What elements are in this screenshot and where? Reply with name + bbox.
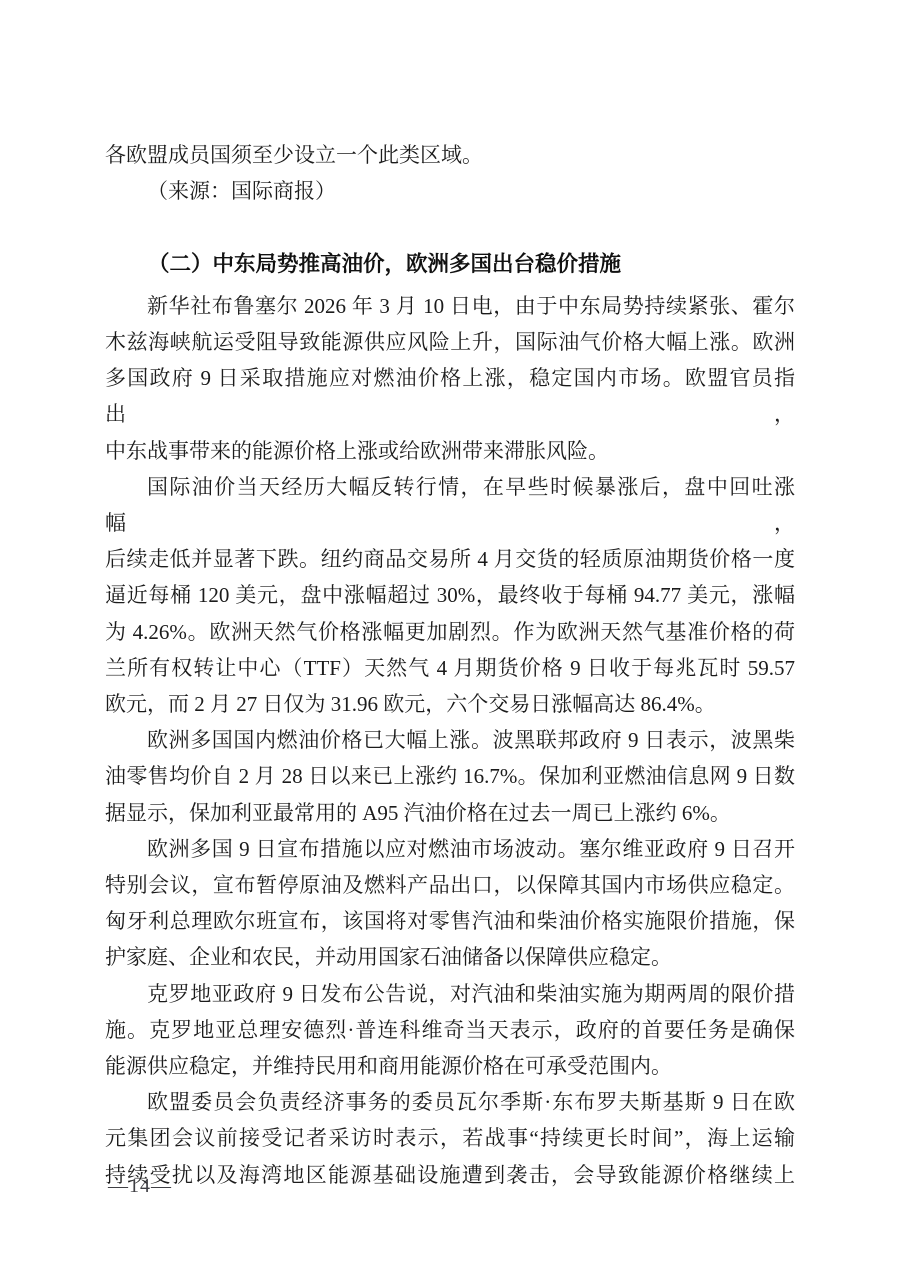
paragraph-continuation-line: 各欧盟成员国须至少设立一个此类区域。 — [105, 137, 795, 173]
paragraph-line: 多国政府 9 日采取措施应对燃油价格上涨，稳定国内市场。欧盟官员指出， — [105, 360, 795, 432]
paragraph-line: 油零售均价自 2 月 28 日以来已上涨约 16.7%。保加利亚燃油信息网 9 … — [105, 758, 795, 794]
paragraph: 欧洲多国 9 日宣布措施以应对燃油市场波动。塞尔维亚政府 9 日召开特别会议，宣… — [105, 831, 795, 976]
paragraph-line: 持续受扰以及海湾地区能源基础设施遭到袭击，会导致能源价格继续上 — [105, 1157, 795, 1193]
paragraph-line: 欧洲多国国内燃油价格已大幅上涨。波黑联邦政府 9 日表示，波黑柴 — [105, 722, 795, 758]
paragraph-line: 匈牙利总理欧尔班宣布，该国将对零售汽油和柴油价格实施限价措施，保 — [105, 903, 795, 939]
paragraph-line: 能源供应稳定，并维持民用和商用能源价格在可承受范围内。 — [105, 1048, 795, 1084]
paragraph-line: 中东战事带来的能源价格上涨或给欧洲带来滞胀风险。 — [105, 433, 795, 469]
paragraphs-container: 新华社布鲁塞尔 2026 年 3 月 10 日电，由于中东局势持续紧张、霍尔木兹… — [105, 288, 795, 1193]
paragraph: 国际油价当天经历大幅反转行情，在早些时候暴涨后，盘中回吐涨幅，后续走低并显著下跌… — [105, 469, 795, 722]
paragraph-line: 为 4.26%。欧洲天然气价格涨幅更加剧烈。作为欧洲天然气基准价格的荷 — [105, 614, 795, 650]
paragraph-line: 木兹海峡航运受阻导致能源供应风险上升，国际油气价格大幅上涨。欧洲 — [105, 324, 795, 360]
document-page: 各欧盟成员国须至少设立一个此类区域。 （来源：国际商报） （二）中东局势推高油价… — [0, 0, 900, 1272]
paragraph-line: 特别会议，宣布暂停原油及燃料产品出口，以保障其国内市场供应稳定。 — [105, 867, 795, 903]
source-line: （来源：国际商报） — [105, 173, 795, 209]
paragraph-line: 元集团会议前接受记者采访时表示，若战事“持续更长时间”，海上运输 — [105, 1120, 795, 1156]
paragraph: 克罗地亚政府 9 日发布公告说，对汽油和柴油实施为期两周的限价措施。克罗地亚总理… — [105, 976, 795, 1085]
blank-line — [105, 209, 795, 245]
paragraph-line: 护家庭、企业和农民，并动用国家石油储备以保障供应稳定。 — [105, 939, 795, 975]
paragraph-line: 克罗地亚政府 9 日发布公告说，对汽油和柴油实施为期两周的限价措 — [105, 976, 795, 1012]
paragraph-line: 国际油价当天经历大幅反转行情，在早些时候暴涨后，盘中回吐涨幅， — [105, 469, 795, 541]
paragraph-line: 逼近每桶 120 美元，盘中涨幅超过 30%，最终收于每桶 94.77 美元，涨… — [105, 577, 795, 613]
paragraph-line: 新华社布鲁塞尔 2026 年 3 月 10 日电，由于中东局势持续紧张、霍尔 — [105, 288, 795, 324]
paragraph-line: 施。克罗地亚总理安德烈·普连科维奇当天表示，政府的首要任务是确保 — [105, 1012, 795, 1048]
paragraph-line: 欧洲多国 9 日宣布措施以应对燃油市场波动。塞尔维亚政府 9 日召开 — [105, 831, 795, 867]
paragraph: 欧盟委员会负责经济事务的委员瓦尔季斯·东布罗夫斯基斯 9 日在欧元集团会议前接受… — [105, 1084, 795, 1193]
page-number: —14— — [108, 1172, 172, 1200]
section-heading: （二）中东局势推高油价，欧洲多国出台稳价措施 — [105, 246, 795, 282]
paragraph-line: 据显示，保加利亚最常用的 A95 汽油价格在过去一周已上涨约 6%。 — [105, 795, 795, 831]
paragraph: 新华社布鲁塞尔 2026 年 3 月 10 日电，由于中东局势持续紧张、霍尔木兹… — [105, 288, 795, 469]
paragraph-line: 欧元，而 2 月 27 日仅为 31.96 欧元，六个交易日涨幅高达 86.4%… — [105, 686, 795, 722]
document-content: 各欧盟成员国须至少设立一个此类区域。 （来源：国际商报） （二）中东局势推高油价… — [105, 137, 795, 1193]
paragraph: 欧洲多国国内燃油价格已大幅上涨。波黑联邦政府 9 日表示，波黑柴油零售均价自 2… — [105, 722, 795, 831]
paragraph-line: 后续走低并显著下跌。纽约商品交易所 4 月交货的轻质原油期货价格一度 — [105, 541, 795, 577]
paragraph-line: 兰所有权转让中心（TTF）天然气 4 月期货价格 9 日收于每兆瓦时 59.57 — [105, 650, 795, 686]
paragraph-line: 欧盟委员会负责经济事务的委员瓦尔季斯·东布罗夫斯基斯 9 日在欧 — [105, 1084, 795, 1120]
